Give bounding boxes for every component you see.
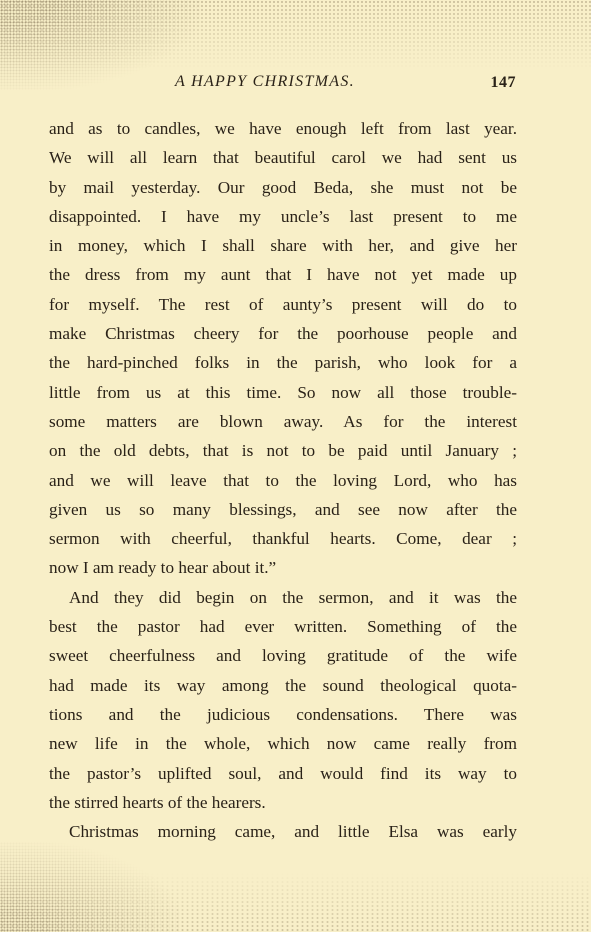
page-number: 147 [491, 74, 517, 92]
text-line: and as to candles, we have enough left f… [49, 114, 517, 143]
body-text: and as to candles, we have enough left f… [49, 114, 517, 846]
text-line: the pastor’s uplifted soul, and would fi… [49, 759, 517, 788]
text-line: disappointed. I have my uncle’s last pre… [49, 202, 517, 231]
text-line: now I am ready to hear about it.” [49, 553, 517, 582]
text-line: for myself. The rest of aunty’s present … [49, 290, 517, 319]
text-line: and we will leave that to the loving Lor… [49, 466, 517, 495]
text-line: by mail yesterday. Our good Beda, she mu… [49, 173, 517, 202]
text-line: on the old debts, that is not to be paid… [49, 436, 517, 465]
text-line: tions and the judicious condensations. T… [49, 700, 517, 729]
running-title: A HAPPY CHRISTMAS. [175, 73, 355, 91]
text-line: make Christmas cheery for the poorhouse … [49, 319, 517, 348]
paragraph-1: and as to candles, we have enough left f… [49, 114, 517, 583]
text-line: the hard-pinched folks in the parish, wh… [49, 348, 517, 377]
paragraph-2: And they did begin on the sermon, and it… [49, 583, 517, 817]
paragraph-3: Christmas morning came, and little Elsa … [49, 817, 517, 846]
text-line: the dress from my aunt that I have not y… [49, 260, 517, 289]
text-line: best the pastor had ever written. Someth… [49, 612, 517, 641]
book-page: A HAPPY CHRISTMAS. 147 and as to candles… [49, 70, 517, 846]
text-line: sweet cheerfulness and loving gratitude … [49, 641, 517, 670]
text-line: little from us at this time. So now all … [49, 378, 517, 407]
text-line: Christmas morning came, and little Elsa … [49, 817, 517, 846]
running-head: A HAPPY CHRISTMAS. 147 [49, 70, 517, 100]
text-line: sermon with cheerful, thankful hearts. C… [49, 524, 517, 553]
text-line: the stirred hearts of the hearers. [49, 788, 517, 817]
page-edge-speckle-bottom-left [0, 842, 180, 932]
text-line: And they did begin on the sermon, and it… [49, 583, 517, 612]
text-line: in money, which I shall share with her, … [49, 231, 517, 260]
text-line: had made its way among the sound theolog… [49, 671, 517, 700]
text-line: new life in the whole, which now came re… [49, 729, 517, 758]
text-line: We will all learn that beautiful carol w… [49, 143, 517, 172]
text-line: some matters are blown away. As for the … [49, 407, 517, 436]
text-line: given us so many blessings, and see now … [49, 495, 517, 524]
